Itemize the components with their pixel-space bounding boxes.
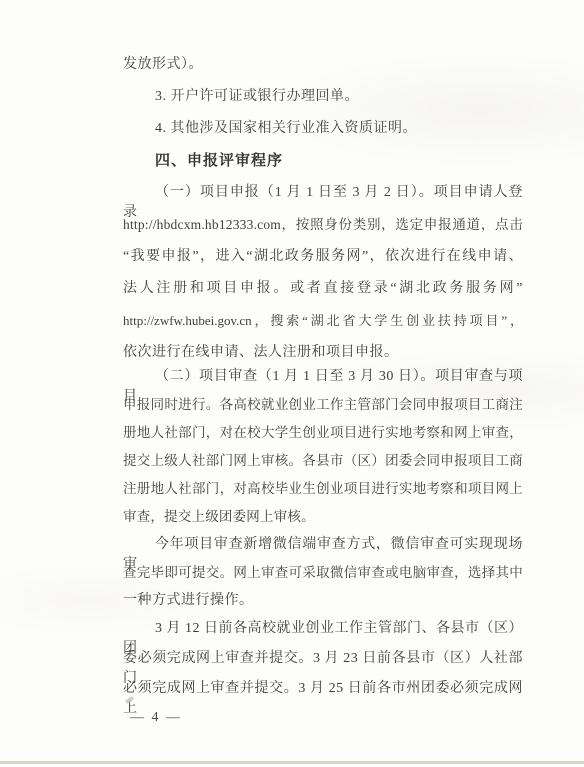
paragraph-4-line-3: 必须完成网上审查并提交。3 月 25 日前各市州团委必须完成网上 bbox=[123, 679, 523, 719]
paragraph-2-line-6: 审查，提交上级团委网上审核。 bbox=[123, 507, 523, 527]
document-page: 发放形式）。 3. 开户许可证或银行办理回单。 4. 其他涉及国家相关行业准入资… bbox=[0, 0, 584, 767]
paragraph-1-line-3: “我要申报”，进入“湖北政务服务网”，依次进行在线申请、 bbox=[123, 247, 523, 267]
paragraph-2-line-3: 册地人社部门，对在校大学生创业项目进行实地考察和网上审查， bbox=[123, 423, 523, 443]
page-number: — 4 — bbox=[130, 710, 182, 726]
scan-edge-strip bbox=[0, 761, 584, 764]
paragraph-3-line-2: 查完毕即可提交。网上审查可采取微信审查或电脑审查，选择其中 bbox=[123, 563, 523, 583]
text-line-continuation: 发放形式）。 bbox=[123, 55, 523, 75]
paragraph-1-line-5-url: http://zwfw.hubei.gov.cn，搜索“湖北省大学生创业扶持项目… bbox=[123, 311, 523, 331]
paragraph-2-line-2: 申报同时进行。各高校就业创业工作主管部门会同申报项目工商注 bbox=[123, 395, 523, 415]
section-heading: 四、申报评审程序 bbox=[123, 151, 523, 171]
paragraph-2-line-4: 提交上级人社部门网上审核。各县市（区）团委会同申报项目工商 bbox=[123, 451, 523, 471]
paragraph-2-line-5: 注册地人社部门，对高校毕业生创业项目进行实地考察和项目网上 bbox=[123, 479, 523, 499]
paragraph-3-line-3: 一种方式进行操作。 bbox=[123, 591, 523, 611]
paragraph-1-line-6: 依次进行在线申请、法人注册和项目申报。 bbox=[123, 343, 523, 363]
list-item-4: 4. 其他涉及国家相关行业准入资质证明。 bbox=[123, 119, 523, 139]
paragraph-1-line-4: 法人注册和项目申报。或者直接登录“湖北政务服务网” bbox=[123, 279, 523, 299]
paragraph-1-line-2-url: http://hbdcxm.hb12333.com，按照身份类别，选定申报通道，… bbox=[123, 215, 523, 235]
list-item-3: 3. 开户许可证或银行办理回单。 bbox=[123, 87, 523, 107]
